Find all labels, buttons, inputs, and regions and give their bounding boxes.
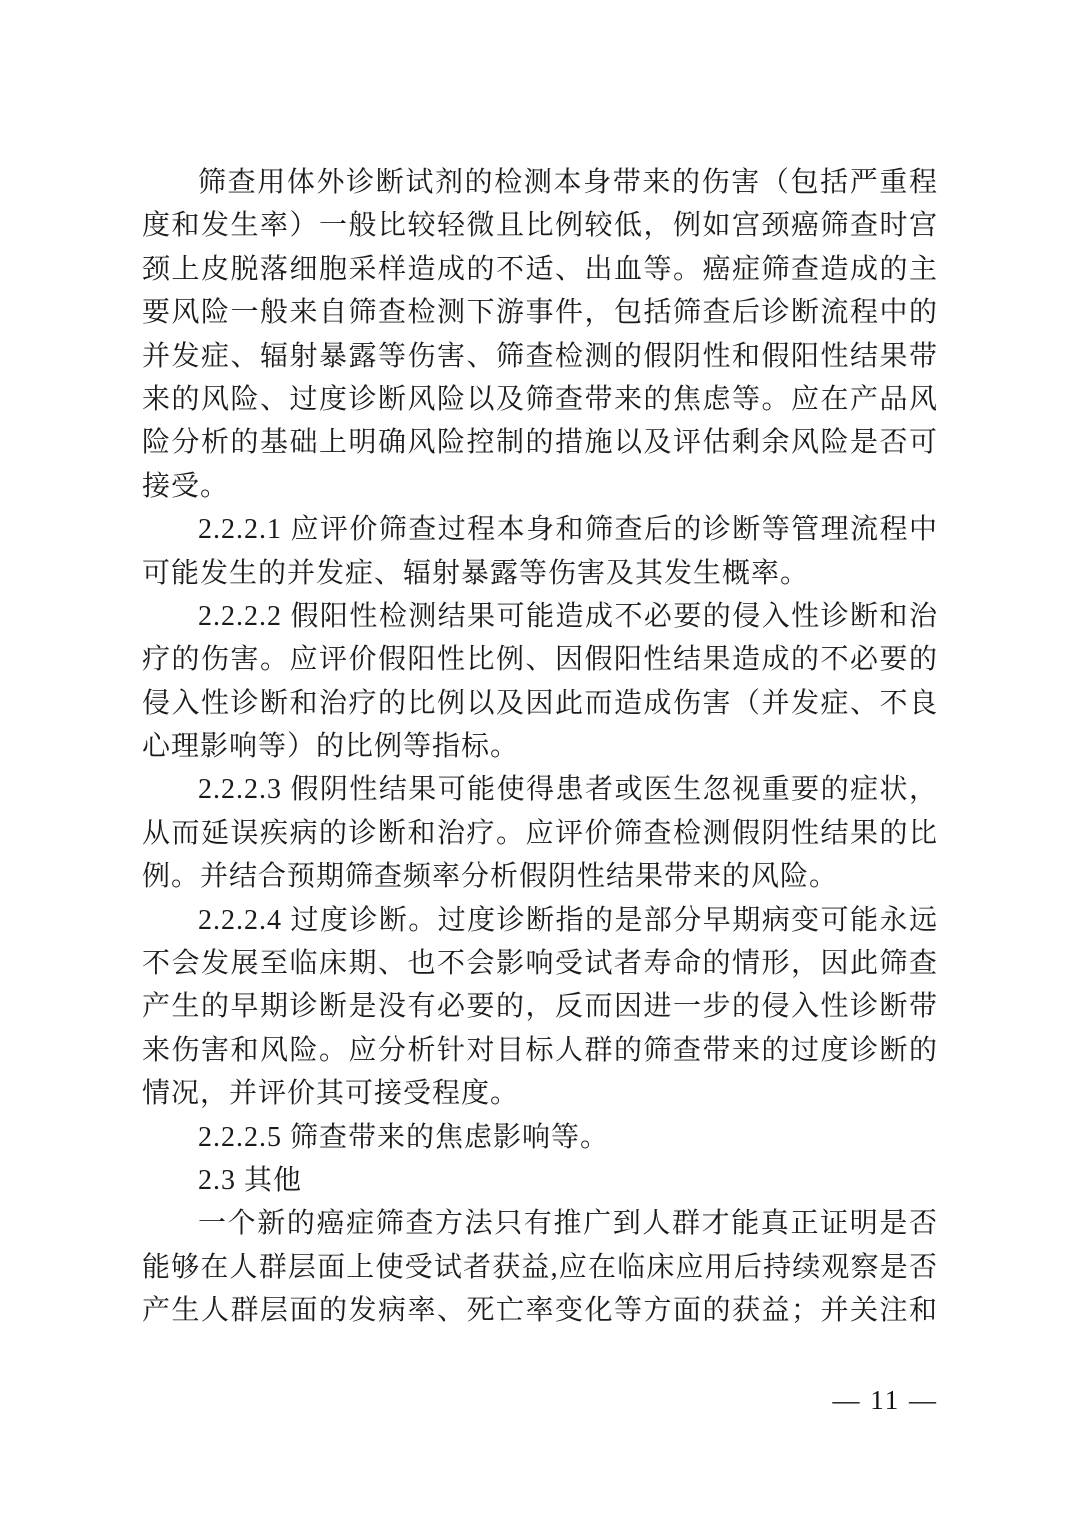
document-page: 筛查用体外诊断试剂的检测本身带来的伤害（包括严重程度和发生率）一般比较轻微且比例… (0, 0, 1080, 1527)
paragraph-line: 从而延误疾病的诊断和治疗。应评价筛查检测假阴性结果的比 (142, 812, 938, 855)
paragraph-line: 产生人群层面的发病率、死亡率变化等方面的获益；并关注和 (142, 1289, 938, 1332)
paragraph-line: 情况，并评价其可接受程度。 (142, 1072, 938, 1115)
paragraph-line: 2.2.2.5 筛查带来的焦虑影响等。 (142, 1116, 938, 1159)
paragraph-line: 接受。 (142, 465, 938, 508)
paragraph-line: 并发症、辐射暴露等伤害、筛查检测的假阴性和假阳性结果带 (142, 335, 938, 378)
paragraph-line: 2.2.2.3 假阴性结果可能使得患者或医生忽视重要的症状， (142, 768, 938, 811)
paragraph-line: 能够在人群层面上使受试者获益,应在临床应用后持续观察是否 (142, 1246, 938, 1289)
paragraph-line: 来的风险、过度诊断风险以及筛查带来的焦虑等。应在产品风 (142, 378, 938, 421)
paragraph-line: 2.3 其他 (142, 1159, 938, 1202)
paragraph-line: 疗的伤害。应评价假阳性比例、因假阳性结果造成的不必要的 (142, 638, 938, 681)
paragraph-line: 不会发展至临床期、也不会影响受试者寿命的情形，因此筛查 (142, 942, 938, 985)
paragraph-line: 险分析的基础上明确风险控制的措施以及评估剩余风险是否可 (142, 421, 938, 464)
paragraph-line: 一个新的癌症筛查方法只有推广到人群才能真正证明是否 (142, 1202, 938, 1245)
text-block: 筛查用体外诊断试剂的检测本身带来的伤害（包括严重程度和发生率）一般比较轻微且比例… (142, 161, 938, 1333)
paragraph-line: 2.2.2.4 过度诊断。过度诊断指的是部分早期病变可能永远 (142, 899, 938, 942)
paragraph-line: 产生的早期诊断是没有必要的，反而因进一步的侵入性诊断带 (142, 985, 938, 1028)
paragraph-line: 来伤害和风险。应分析针对目标人群的筛查带来的过度诊断的 (142, 1029, 938, 1072)
paragraph-line: 筛查用体外诊断试剂的检测本身带来的伤害（包括严重程 (142, 161, 938, 204)
paragraph-line: 要风险一般来自筛查检测下游事件，包括筛查后诊断流程中的 (142, 291, 938, 334)
paragraph-line: 心理影响等）的比例等指标。 (142, 725, 938, 768)
paragraph-line: 度和发生率）一般比较轻微且比例较低，例如宫颈癌筛查时宫 (142, 204, 938, 247)
paragraph-line: 可能发生的并发症、辐射暴露等伤害及其发生概率。 (142, 552, 938, 595)
paragraph-line: 2.2.2.2 假阳性检测结果可能造成不必要的侵入性诊断和治 (142, 595, 938, 638)
page-number: — 11 — (833, 1384, 939, 1416)
paragraph-line: 2.2.2.1 应评价筛查过程本身和筛查后的诊断等管理流程中 (142, 508, 938, 551)
paragraph-line: 侵入性诊断和治疗的比例以及因此而造成伤害（并发症、不良 (142, 682, 938, 725)
paragraph-line: 颈上皮脱落细胞采样造成的不适、出血等。癌症筛查造成的主 (142, 248, 938, 291)
paragraph-line: 例。并结合预期筛查频率分析假阴性结果带来的风险。 (142, 855, 938, 898)
